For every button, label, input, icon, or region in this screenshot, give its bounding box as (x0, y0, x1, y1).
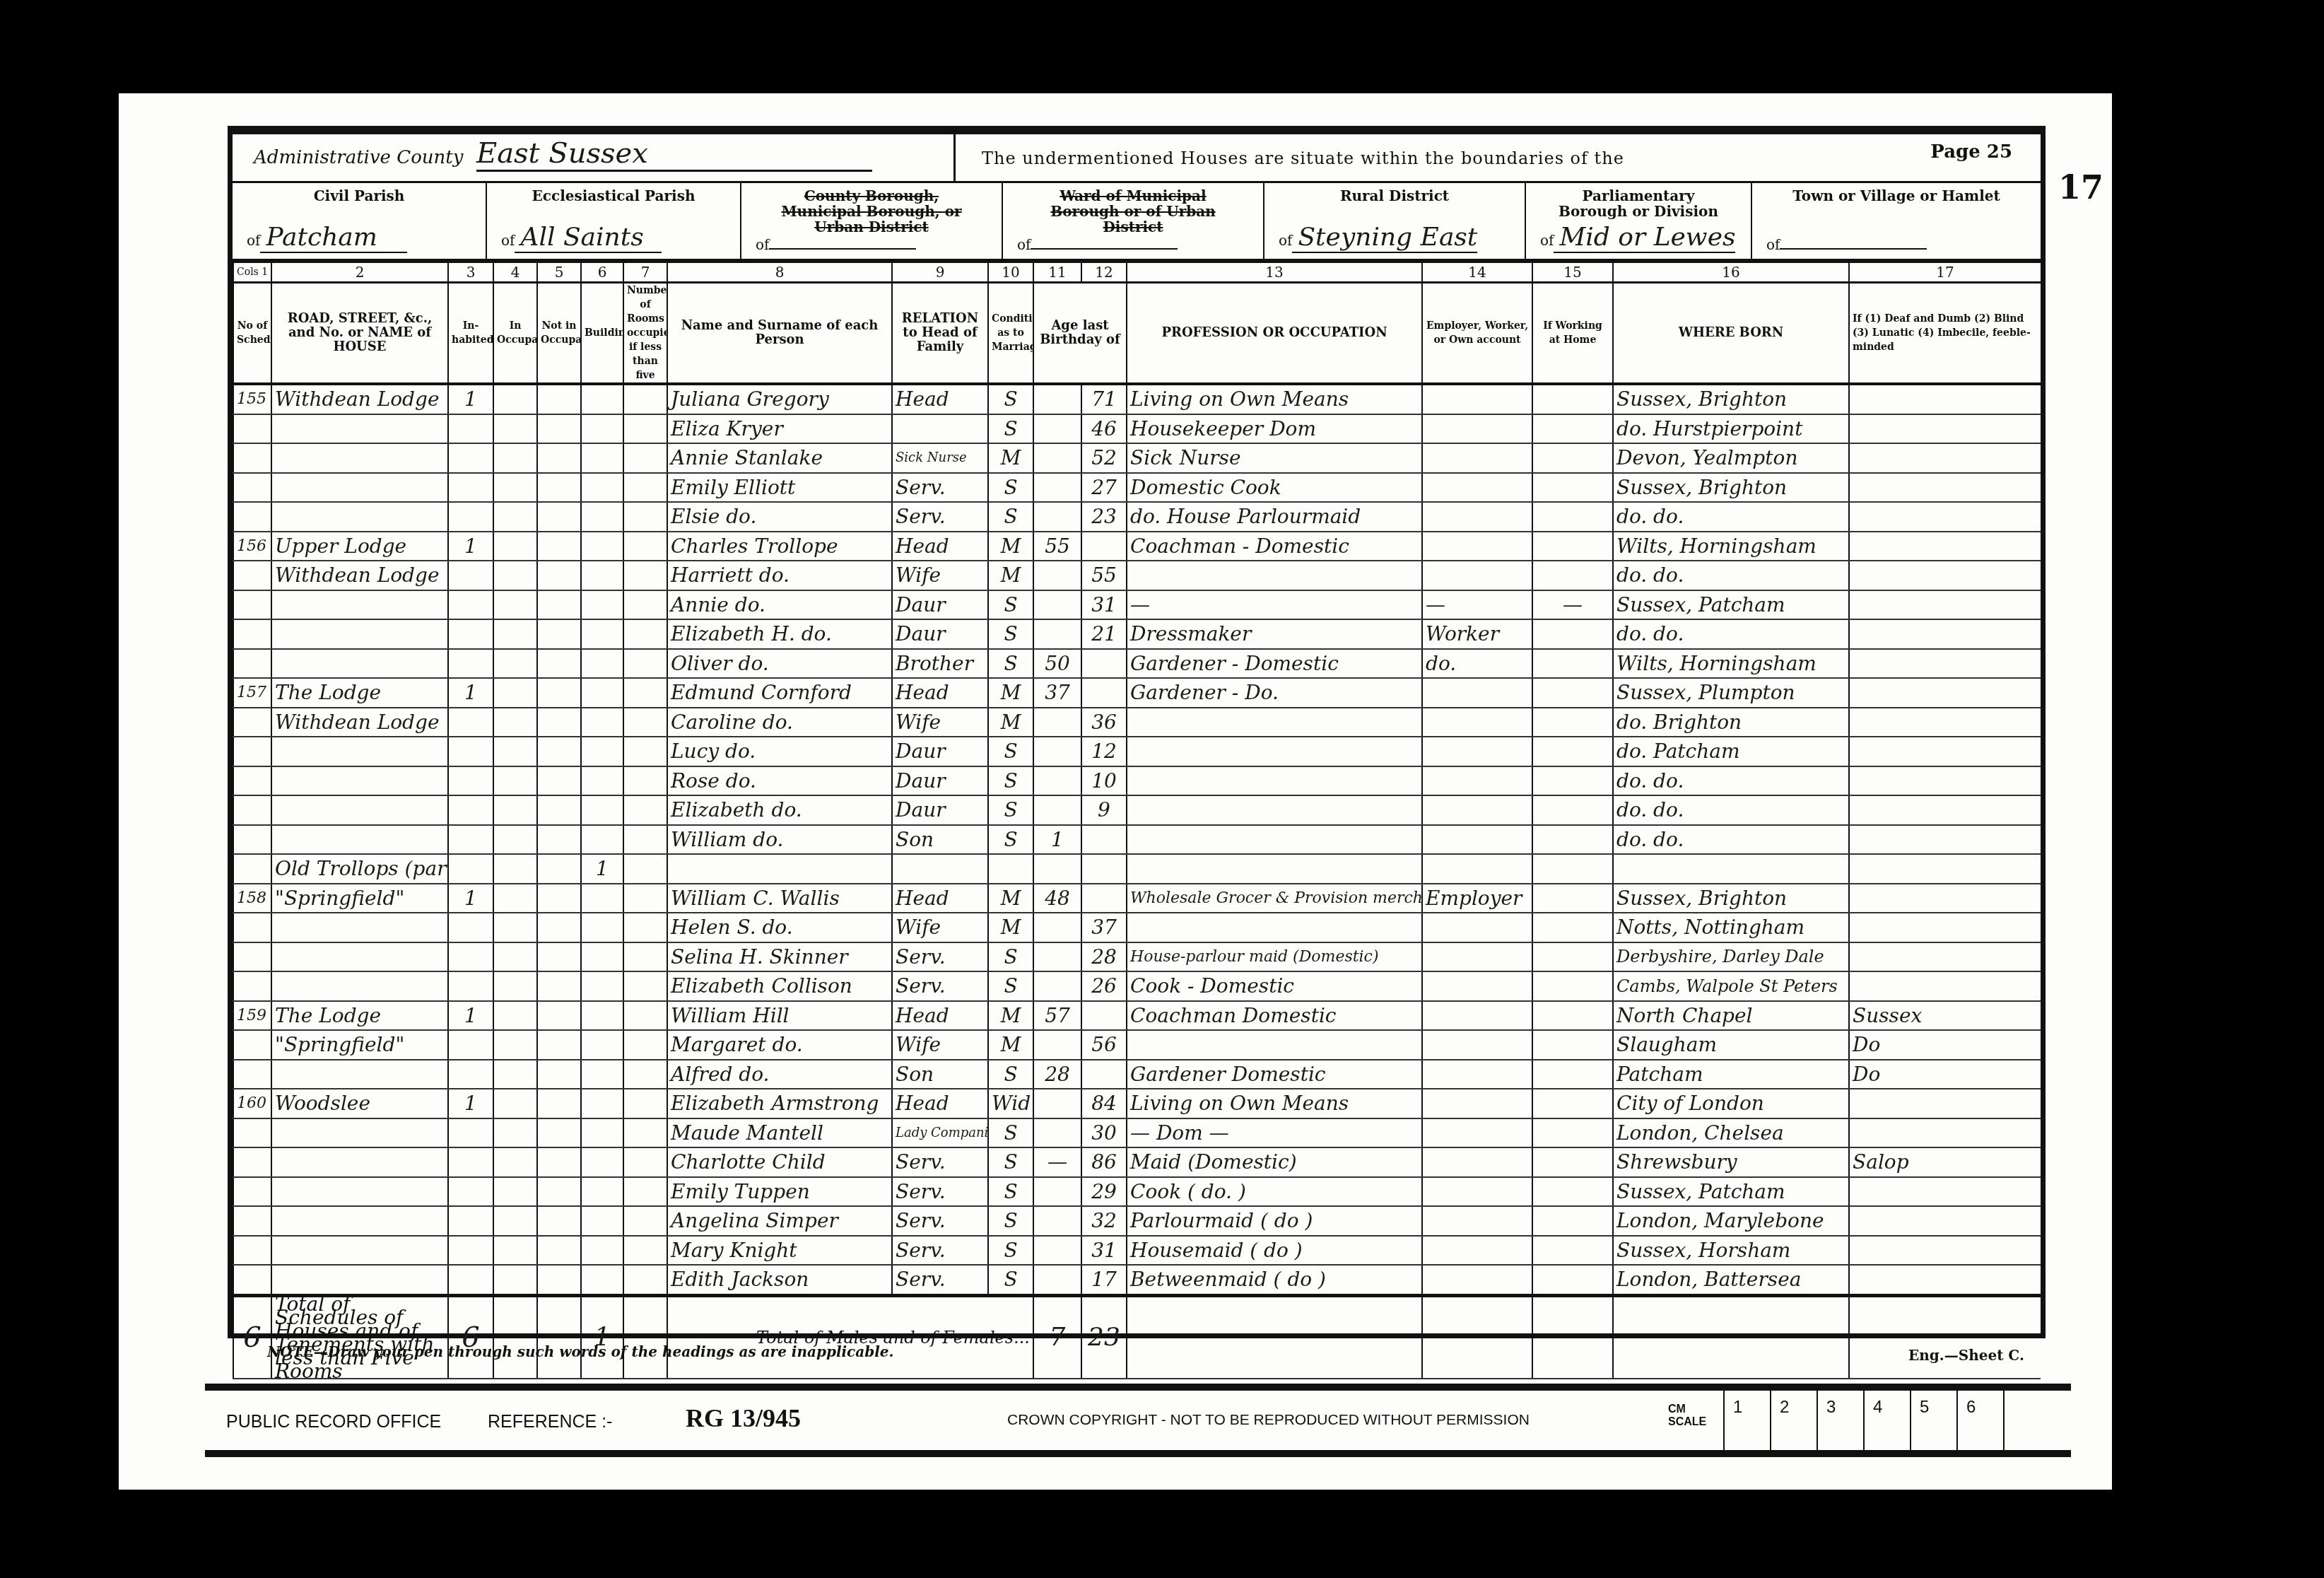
cell-building (581, 561, 623, 590)
cell-uninhabited-not (537, 384, 581, 414)
cell-schedule (233, 766, 271, 796)
cell-age-m (1033, 473, 1081, 503)
cell-schedule (233, 737, 271, 766)
cell-age-m (1033, 1118, 1081, 1148)
cell-relation: Brother (892, 649, 988, 679)
cell-occupation: do. House Parlourmaid (1127, 502, 1422, 532)
table-row: Eliza KryerS46Housekeeper Domdo. Hurstpi… (233, 414, 2041, 444)
cell-uninhabited-in (493, 473, 537, 503)
cell-at-home (1532, 1118, 1613, 1148)
cell-house: The Lodge (271, 1001, 448, 1031)
cell-age-m (1033, 1206, 1081, 1236)
cell-relation: Serv. (892, 1206, 988, 1236)
cell-born: Slaugham (1613, 1030, 1849, 1060)
cell-occupation (1127, 825, 1422, 855)
cell-infirmity: Do (1849, 1060, 2041, 1089)
cell-uninhabited-in (493, 766, 537, 796)
cell-age-f: 17 (1081, 1265, 1127, 1295)
cell-condition: S (988, 619, 1033, 649)
cell-infirmity (1849, 795, 2041, 825)
cell-condition: S (988, 649, 1033, 679)
cell-schedule (233, 795, 271, 825)
cell-age-f: 31 (1081, 1236, 1127, 1266)
table-row: Emily TuppenServ.S29Cook ( do. )Sussex, … (233, 1177, 2041, 1207)
cell-inhabited (448, 502, 493, 532)
cell-at-home (1532, 384, 1613, 414)
cell-uninhabited-in (493, 649, 537, 679)
cell-employer (1422, 942, 1532, 972)
cell-relation: Serv. (892, 1147, 988, 1177)
cell-uninhabited-not (537, 942, 581, 972)
cell-at-home (1532, 561, 1613, 590)
cell-building (581, 1060, 623, 1089)
cell-at-home (1532, 1265, 1613, 1295)
cell-occupation: Coachman - Domestic (1127, 532, 1422, 561)
cell-employer: Worker (1422, 619, 1532, 649)
cell-rooms (623, 619, 667, 649)
cell-born: Sussex, Patcham (1613, 1177, 1849, 1207)
cell-condition: S (988, 737, 1033, 766)
cell-at-home (1532, 1236, 1613, 1266)
cell-infirmity (1849, 590, 2041, 620)
footer-office: PUBLIC RECORD OFFICE (226, 1412, 441, 1432)
cell-born: Sussex, Brighton (1613, 473, 1849, 503)
cell-occupation: Living on Own Means (1127, 1089, 1422, 1118)
cell-at-home (1532, 1089, 1613, 1118)
cell-building (581, 971, 623, 1001)
cell-uninhabited-in (493, 1118, 537, 1148)
cell-condition: S (988, 414, 1033, 444)
table-row: Elizabeth do.DaurS9do. do. (233, 795, 2041, 825)
table-row: Withdean LodgeHarriett do.WifeM55do. do. (233, 561, 2041, 590)
cell-at-home (1532, 502, 1613, 532)
cell-infirmity (1849, 473, 2041, 503)
cell-name: Edmund Cornford (667, 678, 892, 708)
cell-rooms (623, 649, 667, 679)
rural-district-value: Steyning East (1292, 223, 1477, 253)
cell-schedule (233, 414, 271, 444)
cell-born: do. Patcham (1613, 737, 1849, 766)
cell-age-m (1033, 795, 1081, 825)
cell-at-home: — (1532, 590, 1613, 620)
col-in-occupation: In Occupation. (493, 283, 537, 385)
cell-relation: Head (892, 678, 988, 708)
cell-occupation (1127, 766, 1422, 796)
cell-rooms (623, 1177, 667, 1207)
cell-name: Elizabeth H. do. (667, 619, 892, 649)
cell-occupation: Gardener Domestic (1127, 1060, 1422, 1089)
cell-building (581, 1030, 623, 1060)
cell-condition (988, 854, 1033, 884)
cell-rooms (623, 443, 667, 473)
cell-infirmity (1849, 971, 2041, 1001)
cell-schedule (233, 825, 271, 855)
cell-uninhabited-not (537, 473, 581, 503)
cell-inhabited: 1 (448, 884, 493, 913)
cell-occupation: Wholesale Grocer & Provision merchant (1127, 884, 1422, 913)
cell-at-home (1532, 854, 1613, 884)
cell-condition: Wid (988, 1089, 1033, 1118)
cell-born: Sussex, Brighton (1613, 384, 1849, 414)
table-row: Mary KnightServ.S31Housemaid ( do )Susse… (233, 1236, 2041, 1266)
cm-scale-ruler: 123456 (1723, 1391, 2050, 1450)
cell-uninhabited-in (493, 1265, 537, 1295)
cell-name: Elizabeth Armstrong (667, 1089, 892, 1118)
cell-rooms (623, 708, 667, 737)
table-row: Charlotte ChildServ.S—86Maid (Domestic)S… (233, 1147, 2041, 1177)
cell-condition: S (988, 795, 1033, 825)
cell-schedule (233, 913, 271, 942)
cell-uninhabited-in (493, 443, 537, 473)
cell-occupation: Living on Own Means (1127, 384, 1422, 414)
cell-uninhabited-not (537, 1030, 581, 1060)
cell-uninhabited-not (537, 502, 581, 532)
cell-house (271, 443, 448, 473)
cell-born: do. do. (1613, 766, 1849, 796)
cell-condition: S (988, 766, 1033, 796)
column-heading-row: No of Schedule ROAD, STREET, &c., and No… (233, 283, 2041, 385)
cell-relation: Daur (892, 619, 988, 649)
cell-at-home (1532, 1147, 1613, 1177)
col-where-born: WHERE BORN (1613, 283, 1849, 385)
cell-employer (1422, 678, 1532, 708)
cell-building (581, 795, 623, 825)
cell-house (271, 1118, 448, 1148)
cell-age-m (1033, 590, 1081, 620)
cell-age-f (1081, 884, 1127, 913)
cell-age-f: 36 (1081, 708, 1127, 737)
cell-born: North Chapel (1613, 1001, 1849, 1031)
cell-relation: Head (892, 532, 988, 561)
cell-infirmity: Salop (1849, 1147, 2041, 1177)
cell-uninhabited-not (537, 1147, 581, 1177)
cell-uninhabited-not (537, 1060, 581, 1089)
cell-inhabited: 1 (448, 1089, 493, 1118)
cell-relation: Daur (892, 590, 988, 620)
cell-rooms (623, 414, 667, 444)
cell-employer (1422, 1001, 1532, 1031)
cell-at-home (1532, 532, 1613, 561)
cell-uninhabited-not (537, 1089, 581, 1118)
cell-uninhabited-not (537, 1236, 581, 1266)
cell-building (581, 473, 623, 503)
cell-house (271, 825, 448, 855)
cell-house (271, 913, 448, 942)
column-number-row: Cols 1234567 89101112 1314151617 (233, 263, 2041, 283)
cell-relation: Wife (892, 708, 988, 737)
cell-condition: S (988, 502, 1033, 532)
cell-name: Elsie do. (667, 502, 892, 532)
cell-rooms (623, 561, 667, 590)
cell-building (581, 913, 623, 942)
cell-age-f: 10 (1081, 766, 1127, 796)
cell-name: Edith Jackson (667, 1265, 892, 1295)
table-row: Annie StanlakeSick NurseM52Sick NurseDev… (233, 443, 2041, 473)
cell-relation: Serv. (892, 971, 988, 1001)
cell-age-m (1033, 913, 1081, 942)
cell-uninhabited-not (537, 1177, 581, 1207)
cell-inhabited (448, 561, 493, 590)
cell-age-m: 55 (1033, 532, 1081, 561)
cell-age-m (1033, 619, 1081, 649)
cell-at-home (1532, 1001, 1613, 1031)
col-inhabited: In-habited (448, 283, 493, 385)
cell-relation: Daur (892, 795, 988, 825)
total-schedules-label: Total of Schedules of Houses and of Tene… (271, 1295, 448, 1379)
cell-name: Emily Tuppen (667, 1177, 892, 1207)
cell-condition: M (988, 1001, 1033, 1031)
cell-employer (1422, 795, 1532, 825)
cell-uninhabited-not (537, 913, 581, 942)
cell-schedule (233, 971, 271, 1001)
cell-relation: Serv. (892, 1236, 988, 1266)
cell-occupation: Housekeeper Dom (1127, 414, 1422, 444)
cell-name: Mary Knight (667, 1236, 892, 1266)
cell-inhabited (448, 1206, 493, 1236)
cell-rooms (623, 1118, 667, 1148)
cell-inhabited: 1 (448, 384, 493, 414)
cell-born: Shrewsbury (1613, 1147, 1849, 1177)
cell-uninhabited-in (493, 1206, 537, 1236)
cell-employer (1422, 502, 1532, 532)
cell-uninhabited-in (493, 678, 537, 708)
cell-name: Eliza Kryer (667, 414, 892, 444)
cell-age-f: 52 (1081, 443, 1127, 473)
cell-infirmity (1849, 1177, 2041, 1207)
cell-age-m: 37 (1033, 678, 1081, 708)
cell-building (581, 884, 623, 913)
cell-occupation: Betweenmaid ( do ) (1127, 1265, 1422, 1295)
cell-born: City of London (1613, 1089, 1849, 1118)
cell-condition: S (988, 1206, 1033, 1236)
cell-condition: S (988, 1265, 1033, 1295)
cell-house (271, 1265, 448, 1295)
cell-rooms (623, 678, 667, 708)
cell-born: do. do. (1613, 561, 1849, 590)
cell-inhabited (448, 766, 493, 796)
cell-building (581, 737, 623, 766)
cell-building (581, 1001, 623, 1031)
cell-house (271, 942, 448, 972)
cell-relation: Head (892, 1089, 988, 1118)
cell-building (581, 1177, 623, 1207)
cell-age-f: 26 (1081, 971, 1127, 1001)
cell-rooms (623, 1236, 667, 1266)
cell-schedule (233, 561, 271, 590)
cell-schedule (233, 1206, 271, 1236)
cell-condition: S (988, 1118, 1033, 1148)
cell-employer: do. (1422, 649, 1532, 679)
cell-house: The Lodge (271, 678, 448, 708)
total-building: 1 (581, 1295, 623, 1379)
cell-condition: M (988, 561, 1033, 590)
cell-rooms (623, 854, 667, 884)
cell-schedule (233, 443, 271, 473)
cell-uninhabited-in (493, 942, 537, 972)
cell-rooms (623, 795, 667, 825)
table-row: Rose do.DaurS10do. do. (233, 766, 2041, 796)
cell-inhabited (448, 913, 493, 942)
cell-inhabited (448, 1060, 493, 1089)
cell-employer (1422, 1118, 1532, 1148)
cell-occupation: Housemaid ( do ) (1127, 1236, 1422, 1266)
col-age: Age last Birthday of (1033, 283, 1127, 385)
cell-age-m (1033, 942, 1081, 972)
cell-infirmity (1849, 619, 2041, 649)
cell-schedule (233, 942, 271, 972)
cell-name: Annie do. (667, 590, 892, 620)
table-row: 160Woodslee1Elizabeth ArmstrongHeadWid84… (233, 1089, 2041, 1118)
cell-age-m: 1 (1033, 825, 1081, 855)
cell-at-home (1532, 708, 1613, 737)
cell-inhabited (448, 1147, 493, 1177)
cell-age-m: — (1033, 1147, 1081, 1177)
cell-schedule (233, 590, 271, 620)
cell-employer (1422, 971, 1532, 1001)
cell-building (581, 942, 623, 972)
cell-inhabited (448, 619, 493, 649)
census-form: Administrative County East Sussex The un… (228, 126, 2046, 1338)
cell-schedule (233, 1030, 271, 1060)
cell-age-f: 71 (1081, 384, 1127, 414)
cell-employer: — (1422, 590, 1532, 620)
table-row: Elizabeth H. do.DaurS21DressmakerWorkerd… (233, 619, 2041, 649)
cell-building (581, 649, 623, 679)
cell-employer (1422, 1206, 1532, 1236)
admin-county-box: Administrative County East Sussex (233, 134, 956, 181)
table-row: Edith JacksonServ.S17Betweenmaid ( do )L… (233, 1265, 2041, 1295)
cell-house (271, 795, 448, 825)
cell-age-f: 29 (1081, 1177, 1127, 1207)
cell-age-m (1033, 561, 1081, 590)
cell-relation (892, 414, 988, 444)
cell-rooms (623, 971, 667, 1001)
cell-employer (1422, 854, 1532, 884)
cell-uninhabited-in (493, 619, 537, 649)
cell-building (581, 1236, 623, 1266)
cell-inhabited (448, 1236, 493, 1266)
cell-at-home (1532, 619, 1613, 649)
cell-relation: Wife (892, 913, 988, 942)
cell-uninhabited-in (493, 884, 537, 913)
cell-inhabited (448, 942, 493, 972)
cell-house (271, 649, 448, 679)
cell-house: Upper Lodge (271, 532, 448, 561)
cell-building (581, 443, 623, 473)
cell-uninhabited-in (493, 1089, 537, 1118)
cell-uninhabited-not (537, 766, 581, 796)
cell-at-home (1532, 678, 1613, 708)
ecclesiastical-parish-value: All Saints (515, 223, 662, 253)
table-row: Withdean LodgeCaroline do.WifeM36do. Bri… (233, 708, 2041, 737)
cell-occupation (1127, 708, 1422, 737)
cell-uninhabited-in (493, 825, 537, 855)
table-row: Oliver do.BrotherS50Gardener - Domesticd… (233, 649, 2041, 679)
cell-employer (1422, 1030, 1532, 1060)
cell-occupation (1127, 854, 1422, 884)
cell-at-home (1532, 884, 1613, 913)
cell-born: do. do. (1613, 795, 1849, 825)
cell-born: do. do. (1613, 502, 1849, 532)
cell-condition: S (988, 1236, 1033, 1266)
cell-rooms (623, 590, 667, 620)
cell-house: "Springfield" (271, 1030, 448, 1060)
cell-born: Sussex, Patcham (1613, 590, 1849, 620)
cell-at-home (1532, 913, 1613, 942)
cell-age-m (1033, 414, 1081, 444)
cell-inhabited (448, 1030, 493, 1060)
cell-house (271, 971, 448, 1001)
cell-rooms (623, 913, 667, 942)
cell-inhabited (448, 443, 493, 473)
cell-rooms (623, 884, 667, 913)
cell-rooms (623, 1265, 667, 1295)
parliamentary-division-value: Mid or Lewes (1554, 223, 1735, 253)
cell-name: Charlotte Child (667, 1147, 892, 1177)
cell-inhabited (448, 1265, 493, 1295)
cell-uninhabited-in (493, 1177, 537, 1207)
col-employer: Employer, Worker, or Own account (1422, 283, 1532, 385)
cell-name: William Hill (667, 1001, 892, 1031)
cell-schedule (233, 1118, 271, 1148)
cell-uninhabited-in (493, 1147, 537, 1177)
cell-age-m (1033, 384, 1081, 414)
cell-age-f (1081, 532, 1127, 561)
cell-schedule: 157 (233, 678, 271, 708)
cell-occupation: House-parlour maid (Domestic) (1127, 942, 1422, 972)
cell-name: Elizabeth do. (667, 795, 892, 825)
cell-at-home (1532, 737, 1613, 766)
cell-age-f: 86 (1081, 1147, 1127, 1177)
cell-inhabited (448, 1177, 493, 1207)
cell-condition: S (988, 1147, 1033, 1177)
cell-uninhabited-not (537, 971, 581, 1001)
cell-rooms (623, 1060, 667, 1089)
cell-condition: M (988, 913, 1033, 942)
cell-uninhabited-not (537, 708, 581, 737)
area-rural-district: Rural District ofSteyning East (1264, 181, 1526, 259)
note-text: NOTE—Draw your pen through such words of… (267, 1343, 894, 1360)
cell-uninhabited-in (493, 1060, 537, 1089)
cell-schedule: 159 (233, 1001, 271, 1031)
table-row: William do.SonS1do. do. (233, 825, 2041, 855)
cell-building (581, 766, 623, 796)
cell-condition: S (988, 473, 1033, 503)
cell-occupation: Gardener - Domestic (1127, 649, 1422, 679)
cell-house (271, 737, 448, 766)
cell-uninhabited-not (537, 825, 581, 855)
cell-at-home (1532, 473, 1613, 503)
footer-copyright: CROWN COPYRIGHT - NOT TO BE REPRODUCED W… (1007, 1412, 1530, 1429)
cell-age-f (1081, 1060, 1127, 1089)
cell-uninhabited-in (493, 532, 537, 561)
cell-age-f: 12 (1081, 737, 1127, 766)
cell-inhabited (448, 795, 493, 825)
boundaries-text: The undermentioned Houses are situate wi… (982, 148, 1624, 168)
cell-infirmity (1849, 825, 2041, 855)
cell-born: Sussex, Plumpton (1613, 678, 1849, 708)
cell-born: Patcham (1613, 1060, 1849, 1089)
cell-uninhabited-in (493, 913, 537, 942)
cell-occupation: — Dom — (1127, 1118, 1422, 1148)
table-row: "Springfield"Margaret do.WifeM56Slaugham… (233, 1030, 2041, 1060)
cell-occupation: Sick Nurse (1127, 443, 1422, 473)
cell-uninhabited-in (493, 1001, 537, 1031)
cell-employer (1422, 1177, 1532, 1207)
cell-at-home (1532, 1060, 1613, 1089)
cell-name: Charles Trollope (667, 532, 892, 561)
cell-name: Juliana Gregory (667, 384, 892, 414)
